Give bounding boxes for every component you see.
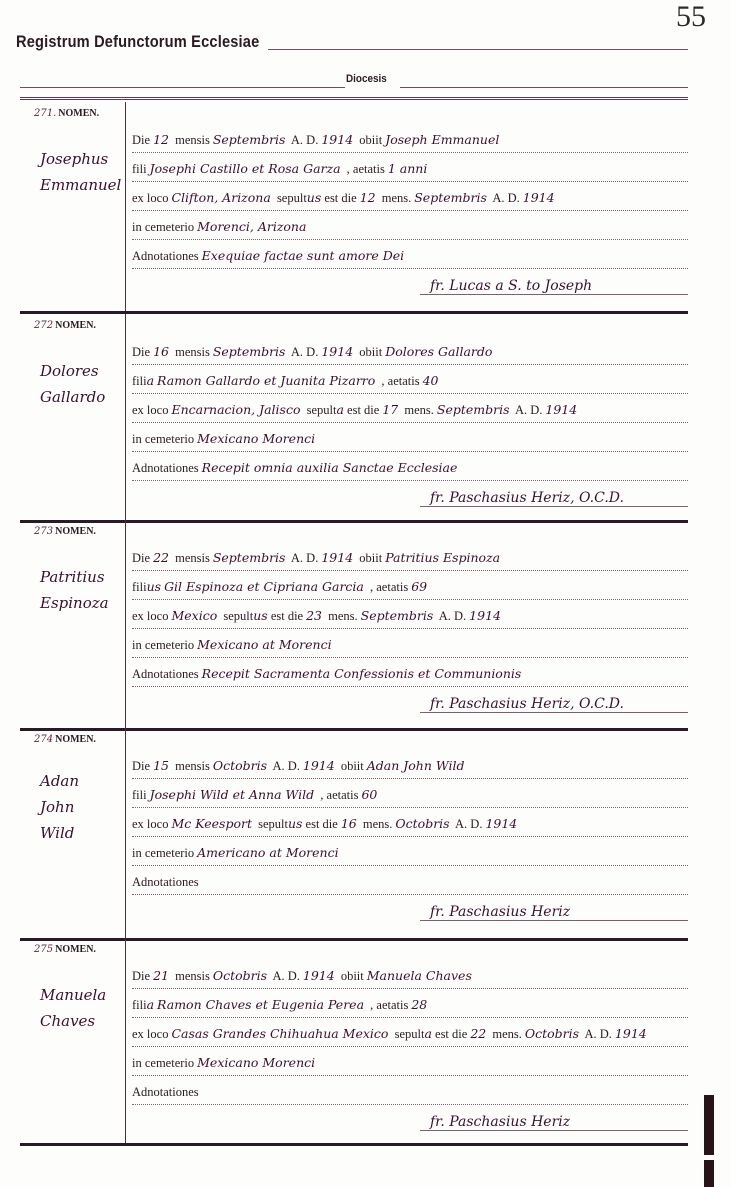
cemetery-row: in cemeterioMexicano Morenci [132, 431, 688, 452]
column-divider [125, 102, 126, 311]
entry-divider-rule [20, 1143, 688, 1146]
deceased-name-line: Gallardo [40, 384, 105, 410]
column-divider [125, 728, 126, 938]
register-entry: 274NOMEN. AdanJohnWild Die15 mensisOctob… [20, 728, 688, 938]
origin-burial-row: ex locoClifton, Arizona sepultus est die… [132, 190, 688, 211]
entry-number: 274NOMEN. [34, 734, 96, 745]
deceased-name: PatritiusEspinoza [40, 564, 109, 616]
parents-row: filiaRamon Gallardo et Juanita Pizarro ,… [132, 373, 688, 394]
deceased-name-line: John [40, 794, 79, 820]
priest-signature: fr. Paschasius Heriz [420, 1114, 688, 1131]
death-date-row: Die21 mensisOctobris A. D.1914 obiitManu… [132, 968, 688, 989]
priest-signature: fr. Paschasius Heriz [420, 904, 688, 921]
origin-burial-row: ex locoEncarnacion, Jalisco sepulta est … [132, 402, 688, 423]
deceased-name: DoloresGallardo [40, 358, 105, 410]
annotations-row: Adnotationes [132, 1084, 688, 1105]
cemetery-row: in cemeterioAmericano at Morenci [132, 845, 688, 866]
parents-row: filiJosephi Castillo et Rosa Garza , aet… [132, 161, 688, 182]
annotations-row: AdnotationesExequiae factae sunt amore D… [132, 248, 688, 269]
column-divider [125, 938, 126, 1143]
diocese-label: Diocesis [346, 73, 387, 85]
death-date-row: Die12 mensisSeptembris A. D.1914 obiitJo… [132, 132, 688, 153]
register-entry: 271.NOMEN. JosephusEmmanuel Die12 mensis… [20, 102, 688, 311]
priest-signature: fr. Paschasius Heriz, O.C.D. [420, 696, 688, 713]
diocese-line-right [400, 87, 688, 88]
register-entry: 275NOMEN. ManuelaChaves Die21 mensisOcto… [20, 938, 688, 1143]
title-underline [268, 49, 688, 50]
register-title: Registrum Defunctorum Ecclesiae [16, 32, 259, 52]
cemetery-row: in cemeterioMexicano Morenci [132, 1055, 688, 1076]
deceased-name-line: Manuela [40, 982, 106, 1008]
deceased-name-line: Espinoza [40, 590, 109, 616]
header-double-rule [20, 97, 688, 100]
deceased-name-line: Patritius [40, 564, 109, 590]
column-divider [125, 314, 126, 520]
deceased-name: JosephusEmmanuel [40, 146, 121, 198]
origin-burial-row: ex locoCasas Grandes Chihuahua Mexico se… [132, 1026, 688, 1047]
parents-row: filiusGil Espinoza et Cipriana Garcia , … [132, 579, 688, 600]
entry-number: 271.NOMEN. [34, 108, 99, 119]
deceased-name-line: Dolores [40, 358, 105, 384]
origin-burial-row: ex locoMexico sepultus est die23 mens.Se… [132, 608, 688, 629]
entry-number: 275NOMEN. [34, 944, 96, 955]
entry-number: 273NOMEN. [34, 526, 96, 537]
priest-signature: fr. Lucas a S. to Joseph [420, 278, 688, 295]
parents-row: filiJosephi Wild et Anna Wild , aetatis6… [132, 787, 688, 808]
register-entry: 273NOMEN. PatritiusEspinoza Die22 mensis… [20, 520, 688, 728]
deceased-name-line: Chaves [40, 1008, 106, 1034]
deceased-name-line: Josephus [40, 146, 121, 172]
entry-number: 272NOMEN. [34, 320, 96, 331]
deceased-name-line: Wild [40, 820, 79, 846]
parents-row: filiaRamon Chaves et Eugenia Perea , aet… [132, 997, 688, 1018]
column-divider [125, 520, 126, 728]
death-date-row: Die15 mensisOctobris A. D.1914 obiitAdan… [132, 758, 688, 779]
deceased-name: ManuelaChaves [40, 982, 106, 1034]
deceased-name-line: Emmanuel [40, 172, 121, 198]
annotations-row: AdnotationesRecepit omnia auxilia Sancta… [132, 460, 688, 481]
page-number: 55 [676, 0, 706, 34]
death-date-row: Die22 mensisSeptembris A. D.1914 obiitPa… [132, 550, 688, 571]
cemetery-row: in cemeterioMorenci, Arizona [132, 219, 688, 240]
diocese-line-left [20, 87, 345, 88]
annotations-row: Adnotationes [132, 874, 688, 895]
death-date-row: Die16 mensisSeptembris A. D.1914 obiitDo… [132, 344, 688, 365]
deceased-name-line: Adan [40, 768, 79, 794]
deceased-name: AdanJohnWild [40, 768, 79, 846]
scan-edge-mark [704, 1160, 714, 1187]
register-entry: 272NOMEN. DoloresGallardo Die16 mensisSe… [20, 314, 688, 520]
cemetery-row: in cemeterioMexicano at Morenci [132, 637, 688, 658]
origin-burial-row: ex locoMc Keesport sepultus est die16 me… [132, 816, 688, 837]
priest-signature: fr. Paschasius Heriz, O.C.D. [420, 490, 688, 507]
annotations-row: AdnotationesRecepit Sacramenta Confessio… [132, 666, 688, 687]
scan-edge-mark [704, 1095, 714, 1155]
